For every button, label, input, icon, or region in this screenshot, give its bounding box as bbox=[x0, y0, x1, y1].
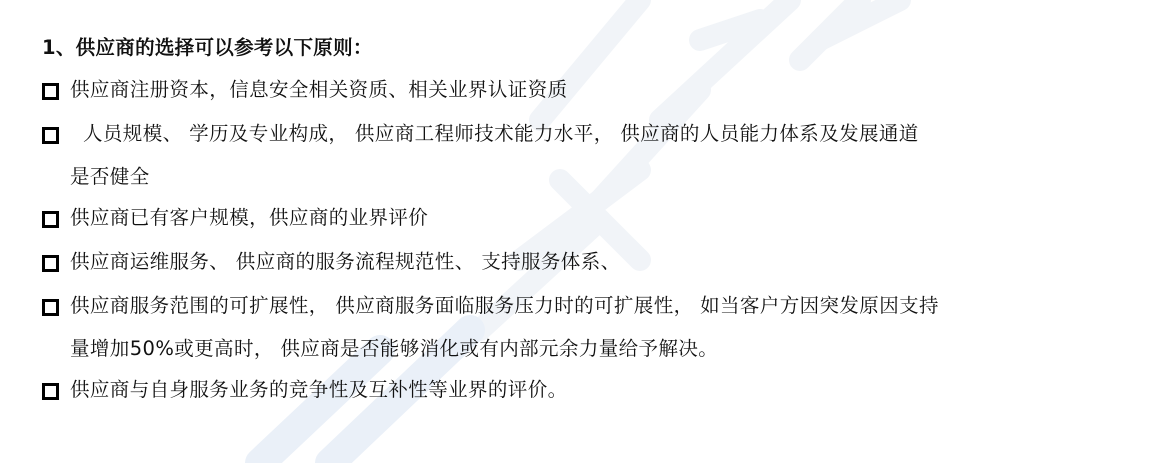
checkbox-square-icon bbox=[42, 83, 59, 100]
checkbox-square-icon bbox=[42, 255, 59, 272]
list-item-text: 供应商与自身服务业务的竞争性及互补性等业界的评价。 bbox=[70, 377, 568, 403]
list-item-text: 供应商已有客户规模，供应商的业界评价 bbox=[70, 205, 428, 231]
checkbox-square-icon bbox=[42, 127, 59, 144]
section-heading: 1、供应商的选择可以参考以下原则： bbox=[42, 32, 373, 60]
list-item-continuation: 量增加50%或更高时， 供应商是否能够消化或有内部元余力量给予解决。 bbox=[70, 336, 718, 362]
checkbox-square-icon bbox=[42, 299, 59, 316]
list-item-text: 供应商运维服务、 供应商的服务流程规范性、 支持服务体系、 bbox=[70, 249, 621, 275]
list-item-continuation: 是否健全 bbox=[70, 164, 150, 190]
checkbox-square-icon bbox=[42, 211, 59, 228]
list-item-text: 人员规模、 学历及专业构成， 供应商工程师技术能力水平， 供应商的人员能力体系及… bbox=[83, 121, 919, 147]
list-item-text: 供应商注册资本，信息安全相关资质、相关业界认证资质 bbox=[70, 77, 568, 103]
list-item-text: 供应商服务范围的可扩展性， 供应商服务面临服务压力时的可扩展性， 如当客户方因突… bbox=[70, 293, 939, 319]
checkbox-square-icon bbox=[42, 383, 59, 400]
